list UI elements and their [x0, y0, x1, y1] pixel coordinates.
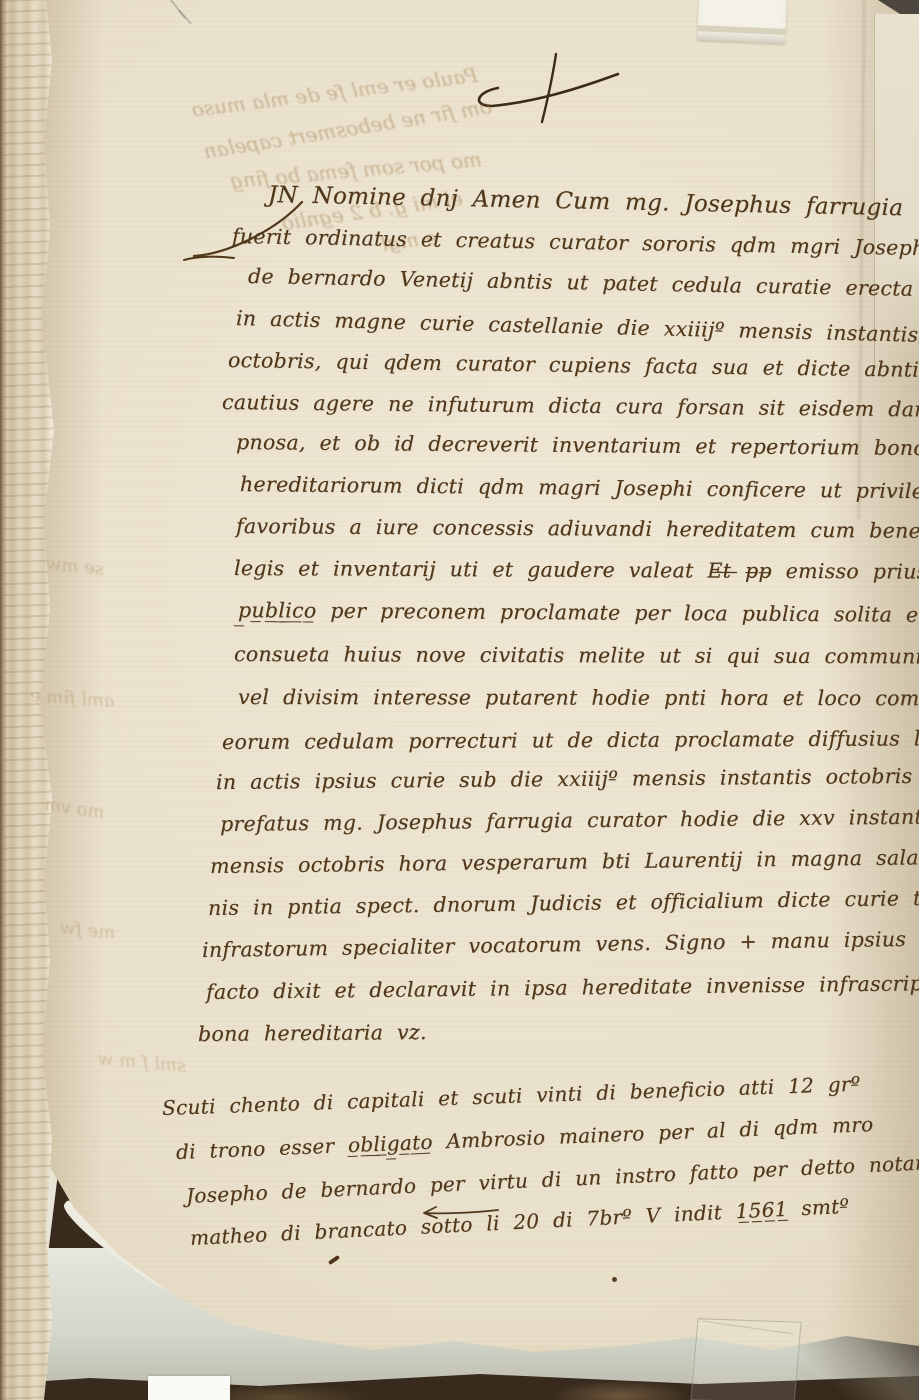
transparent-repair-tab — [690, 1318, 801, 1400]
manuscript-line: vel divisim interesse putarent hodie pnt… — [238, 685, 919, 710]
paper-tab-fold — [697, 25, 785, 35]
manuscript-line: legis et inventarij uti et gaudere valea… — [234, 556, 919, 584]
manuscript-line: consueta huius nove civitatis melite ut … — [234, 642, 919, 669]
page-fore-edge — [874, 14, 919, 364]
paper-tab-top — [697, 0, 787, 44]
manuscript-line: eorum cedulam porrecturi ut de dicta pro… — [222, 726, 919, 754]
manuscript-line: bona hereditaria vz. — [198, 1020, 427, 1046]
paper-tab-bottom — [148, 1376, 230, 1400]
scanned-manuscript-page: Paulo er eml fe de mla musoom fir ne beb… — [0, 0, 919, 1400]
manuscript-line: p̲u̲b̲l̲i̲c̲o̲ per preconem proclamate p… — [238, 598, 919, 627]
ink-spot — [612, 1277, 617, 1282]
